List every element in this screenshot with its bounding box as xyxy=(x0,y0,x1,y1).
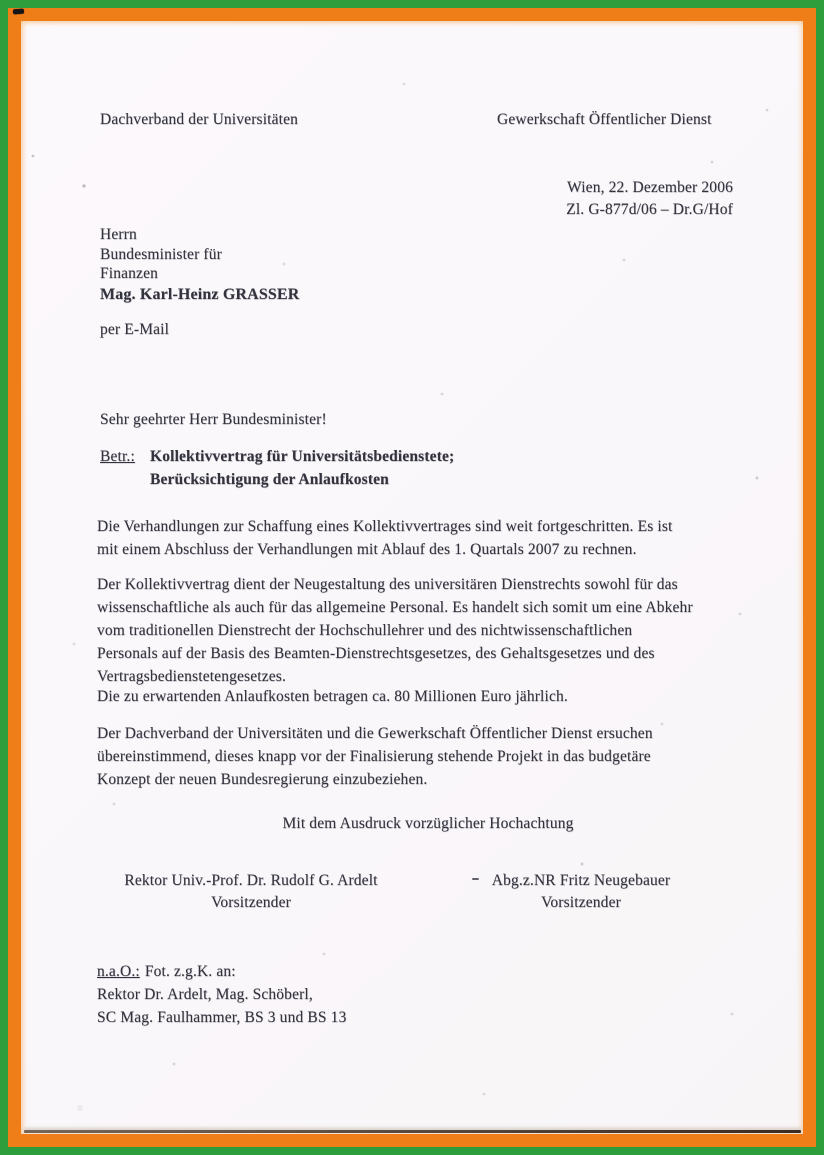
distribution-label: n.a.O.: xyxy=(97,963,140,980)
subject-line-1: Kollektivvertrag für Universitätsbediens… xyxy=(150,445,454,468)
scan-corner-mark xyxy=(13,9,24,15)
recipient-block: Herrn Bundesminister für Finanzen Mag. K… xyxy=(100,225,299,304)
paragraph-line: Die Verhandlungen zur Schaffung eines Ko… xyxy=(97,515,673,538)
scanned-letter-page: Dachverband der Universitäten Gewerkscha… xyxy=(0,0,824,1155)
inner-border-frame: Dachverband der Universitäten Gewerkscha… xyxy=(8,8,816,1147)
delivery-note: per E-Mail xyxy=(100,318,169,341)
recipient-name: Mag. Karl-Heinz GRASSER xyxy=(100,285,299,305)
recipient-line: Bundesminister für xyxy=(100,245,299,265)
signature-left-name: Rektor Univ.-Prof. Dr. Rudolf G. Ardelt xyxy=(76,870,426,892)
signature-left-title: Vorsitzender xyxy=(76,892,426,914)
subject-label: Betr.: xyxy=(100,445,150,491)
distribution-line-2: Rektor Dr. Ardelt, Mag. Schöberl, xyxy=(97,983,346,1006)
reference-line: Zl. G-877d/06 – Dr.G/Hof xyxy=(566,199,733,221)
signature-block-left: Rektor Univ.-Prof. Dr. Rudolf G. Ardelt … xyxy=(76,870,426,914)
scan-speckles xyxy=(21,21,23,23)
closing-formula: Mit dem Ausdruck vorzüglicher Hochachtun… xyxy=(21,812,803,835)
scan-edge-shadow xyxy=(24,1130,801,1133)
body-paragraph-3: Die zu erwartenden Anlaufkosten betragen… xyxy=(97,685,568,708)
paragraph-line: mit einem Abschluss der Verhandlungen mi… xyxy=(97,538,673,561)
subject-block: Betr.: Kollektivvertrag für Universitäts… xyxy=(100,445,454,491)
letter-paper: Dachverband der Universitäten Gewerkscha… xyxy=(21,21,803,1134)
paragraph-line: Der Dachverband der Universitäten und di… xyxy=(97,722,653,745)
paragraph-line: wissenschaftliche als auch für das allge… xyxy=(97,596,693,619)
date-line: Wien, 22. Dezember 2006 xyxy=(566,177,733,199)
paragraph-line: vom traditionellen Dienstrecht der Hochs… xyxy=(97,619,693,642)
recipient-line: Finanzen xyxy=(100,264,299,284)
letterhead-left: Dachverband der Universitäten xyxy=(100,108,298,131)
signature-right-name: Abg.z.NR Fritz Neugebauer xyxy=(431,870,731,892)
distribution-note: n.a.O.:Fot. z.g.K. an: Rektor Dr. Ardelt… xyxy=(97,960,346,1029)
body-paragraph-1: Die Verhandlungen zur Schaffung eines Ko… xyxy=(97,515,673,561)
date-block: Wien, 22. Dezember 2006 Zl. G-877d/06 – … xyxy=(566,177,733,221)
paragraph-line: Personals auf der Basis des Beamten-Dien… xyxy=(97,642,693,665)
letterhead-right: Gewerkschaft Öffentlicher Dienst xyxy=(497,108,712,131)
distribution-line-3: SC Mag. Faulhammer, BS 3 und BS 13 xyxy=(97,1006,346,1029)
body-paragraph-4: Der Dachverband der Universitäten und di… xyxy=(97,722,653,791)
paragraph-line: Der Kollektivvertrag dient der Neugestal… xyxy=(97,573,693,596)
paragraph-line: übereinstimmend, dieses knapp vor der Fi… xyxy=(97,745,653,768)
signature-block-right: Abg.z.NR Fritz Neugebauer Vorsitzender xyxy=(431,870,731,914)
salutation: Sehr geehrter Herr Bundesminister! xyxy=(100,408,327,431)
paragraph-line: Konzept der neuen Bundesregierung einzub… xyxy=(97,768,653,791)
recipient-line: Herrn xyxy=(100,225,299,245)
paragraph-line: Die zu erwartenden Anlaufkosten betragen… xyxy=(97,685,568,708)
distribution-line-1: n.a.O.:Fot. z.g.K. an: xyxy=(97,960,346,983)
distribution-rest: Fot. z.g.K. an: xyxy=(145,963,236,980)
subject-line-2: Berücksichtigung der Anlaufkosten xyxy=(150,468,454,491)
body-paragraph-2: Der Kollektivvertrag dient der Neugestal… xyxy=(97,573,693,688)
signature-right-title: Vorsitzender xyxy=(431,892,731,914)
subject-lines: Kollektivvertrag für Universitätsbediens… xyxy=(150,445,454,491)
